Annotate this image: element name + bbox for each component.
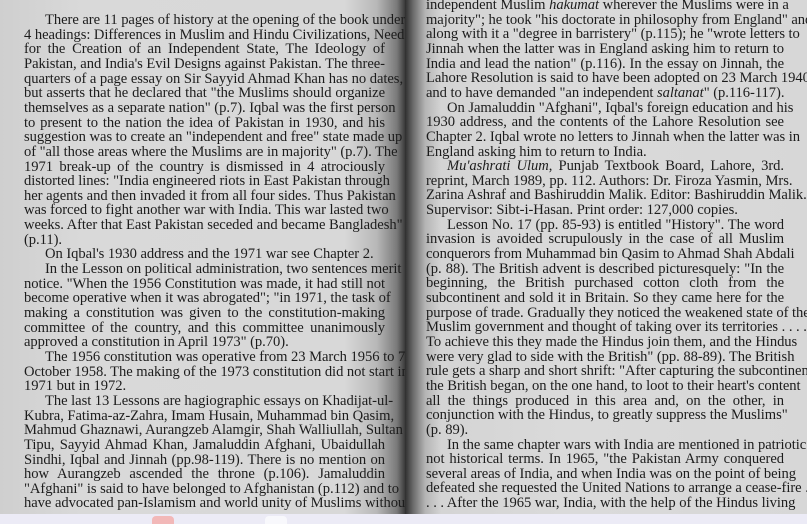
text-line: The last 13 Lessons are hagiographic ess… <box>45 394 385 409</box>
text-line: but asserts that he declared that "the M… <box>24 86 385 101</box>
toolbar-button-light[interactable] <box>265 516 287 524</box>
toolbar-button-red[interactable] <box>152 516 174 524</box>
text-line: distorted lines: "India engineered riots… <box>24 174 385 189</box>
text-line: the British began, on the one hand, to l… <box>426 379 784 394</box>
text-line: weeks. After that East Pakistan seceded … <box>24 218 385 233</box>
text-line: Pakistan, and India's Evil Designs again… <box>24 57 385 72</box>
text-line: (p. 89). <box>426 423 784 438</box>
right-page: independent Muslim hakumat wherever the … <box>405 0 807 514</box>
text-line: conjunction with the Hindus, to greatly … <box>426 408 784 423</box>
text-line: Jinnah when the latter was in England as… <box>426 42 784 57</box>
text-line: not historical terms. In 1965, "the Paki… <box>426 452 784 467</box>
viewer-toolbar <box>0 514 807 524</box>
text-line: themselves as a separate nation" (p.7). … <box>24 101 385 116</box>
text-line: subcontinent and sold it in Britain. So … <box>426 291 784 306</box>
text-line: Mahmud Ghaznawi, Aurangzeb Alamgir, Shah… <box>24 423 385 438</box>
italic-term: saltanat <box>657 85 704 101</box>
text-line: have advocated pan-Islamism and world un… <box>24 496 385 511</box>
text-line: rule gets a sharp and short shrift: "Aft… <box>426 364 784 379</box>
text-line: Tipu, Sayyid Ahmad Khan, Jamaluddin Afgh… <box>24 438 385 453</box>
left-page: There are 11 pages of history at the ope… <box>0 0 405 514</box>
text-line: Supervisor: Sibt-i-Hasan. Print order: 1… <box>426 203 784 218</box>
text-line: and to have demanded "an independent sal… <box>426 86 784 101</box>
text-line: 1971 but in 1972. <box>24 379 385 394</box>
text-line: There are 11 pages of history at the ope… <box>45 13 385 28</box>
text-line: To achieve this they made the Hindus joi… <box>426 335 784 350</box>
text-line: 1930 address, and the contents of the La… <box>426 115 784 130</box>
text-line: conquerors from Muhammad bin Qasim to Ah… <box>426 247 784 262</box>
text-line: making a constitution was given to the c… <box>24 306 385 321</box>
italic-term: Mu'ashrati Ulum <box>447 158 549 174</box>
text-line: Chapter 2. Iqbal wrote no letters to Jin… <box>426 130 784 145</box>
text-line: of "all those areas where the Muslims ar… <box>24 145 385 160</box>
text-line: how Aurangzeb ascended the throne (p.106… <box>24 467 385 482</box>
text-line: The 1956 constitution was operative from… <box>45 350 385 365</box>
text-line: Mu'ashrati Ulum, Punjab Textbook Board, … <box>447 159 784 174</box>
text-line: In the Lesson on political administratio… <box>45 262 385 277</box>
text-line: . . . After the 1965 war, India, with th… <box>426 496 784 511</box>
text-line: suggestion was to create an "independent… <box>24 130 385 145</box>
